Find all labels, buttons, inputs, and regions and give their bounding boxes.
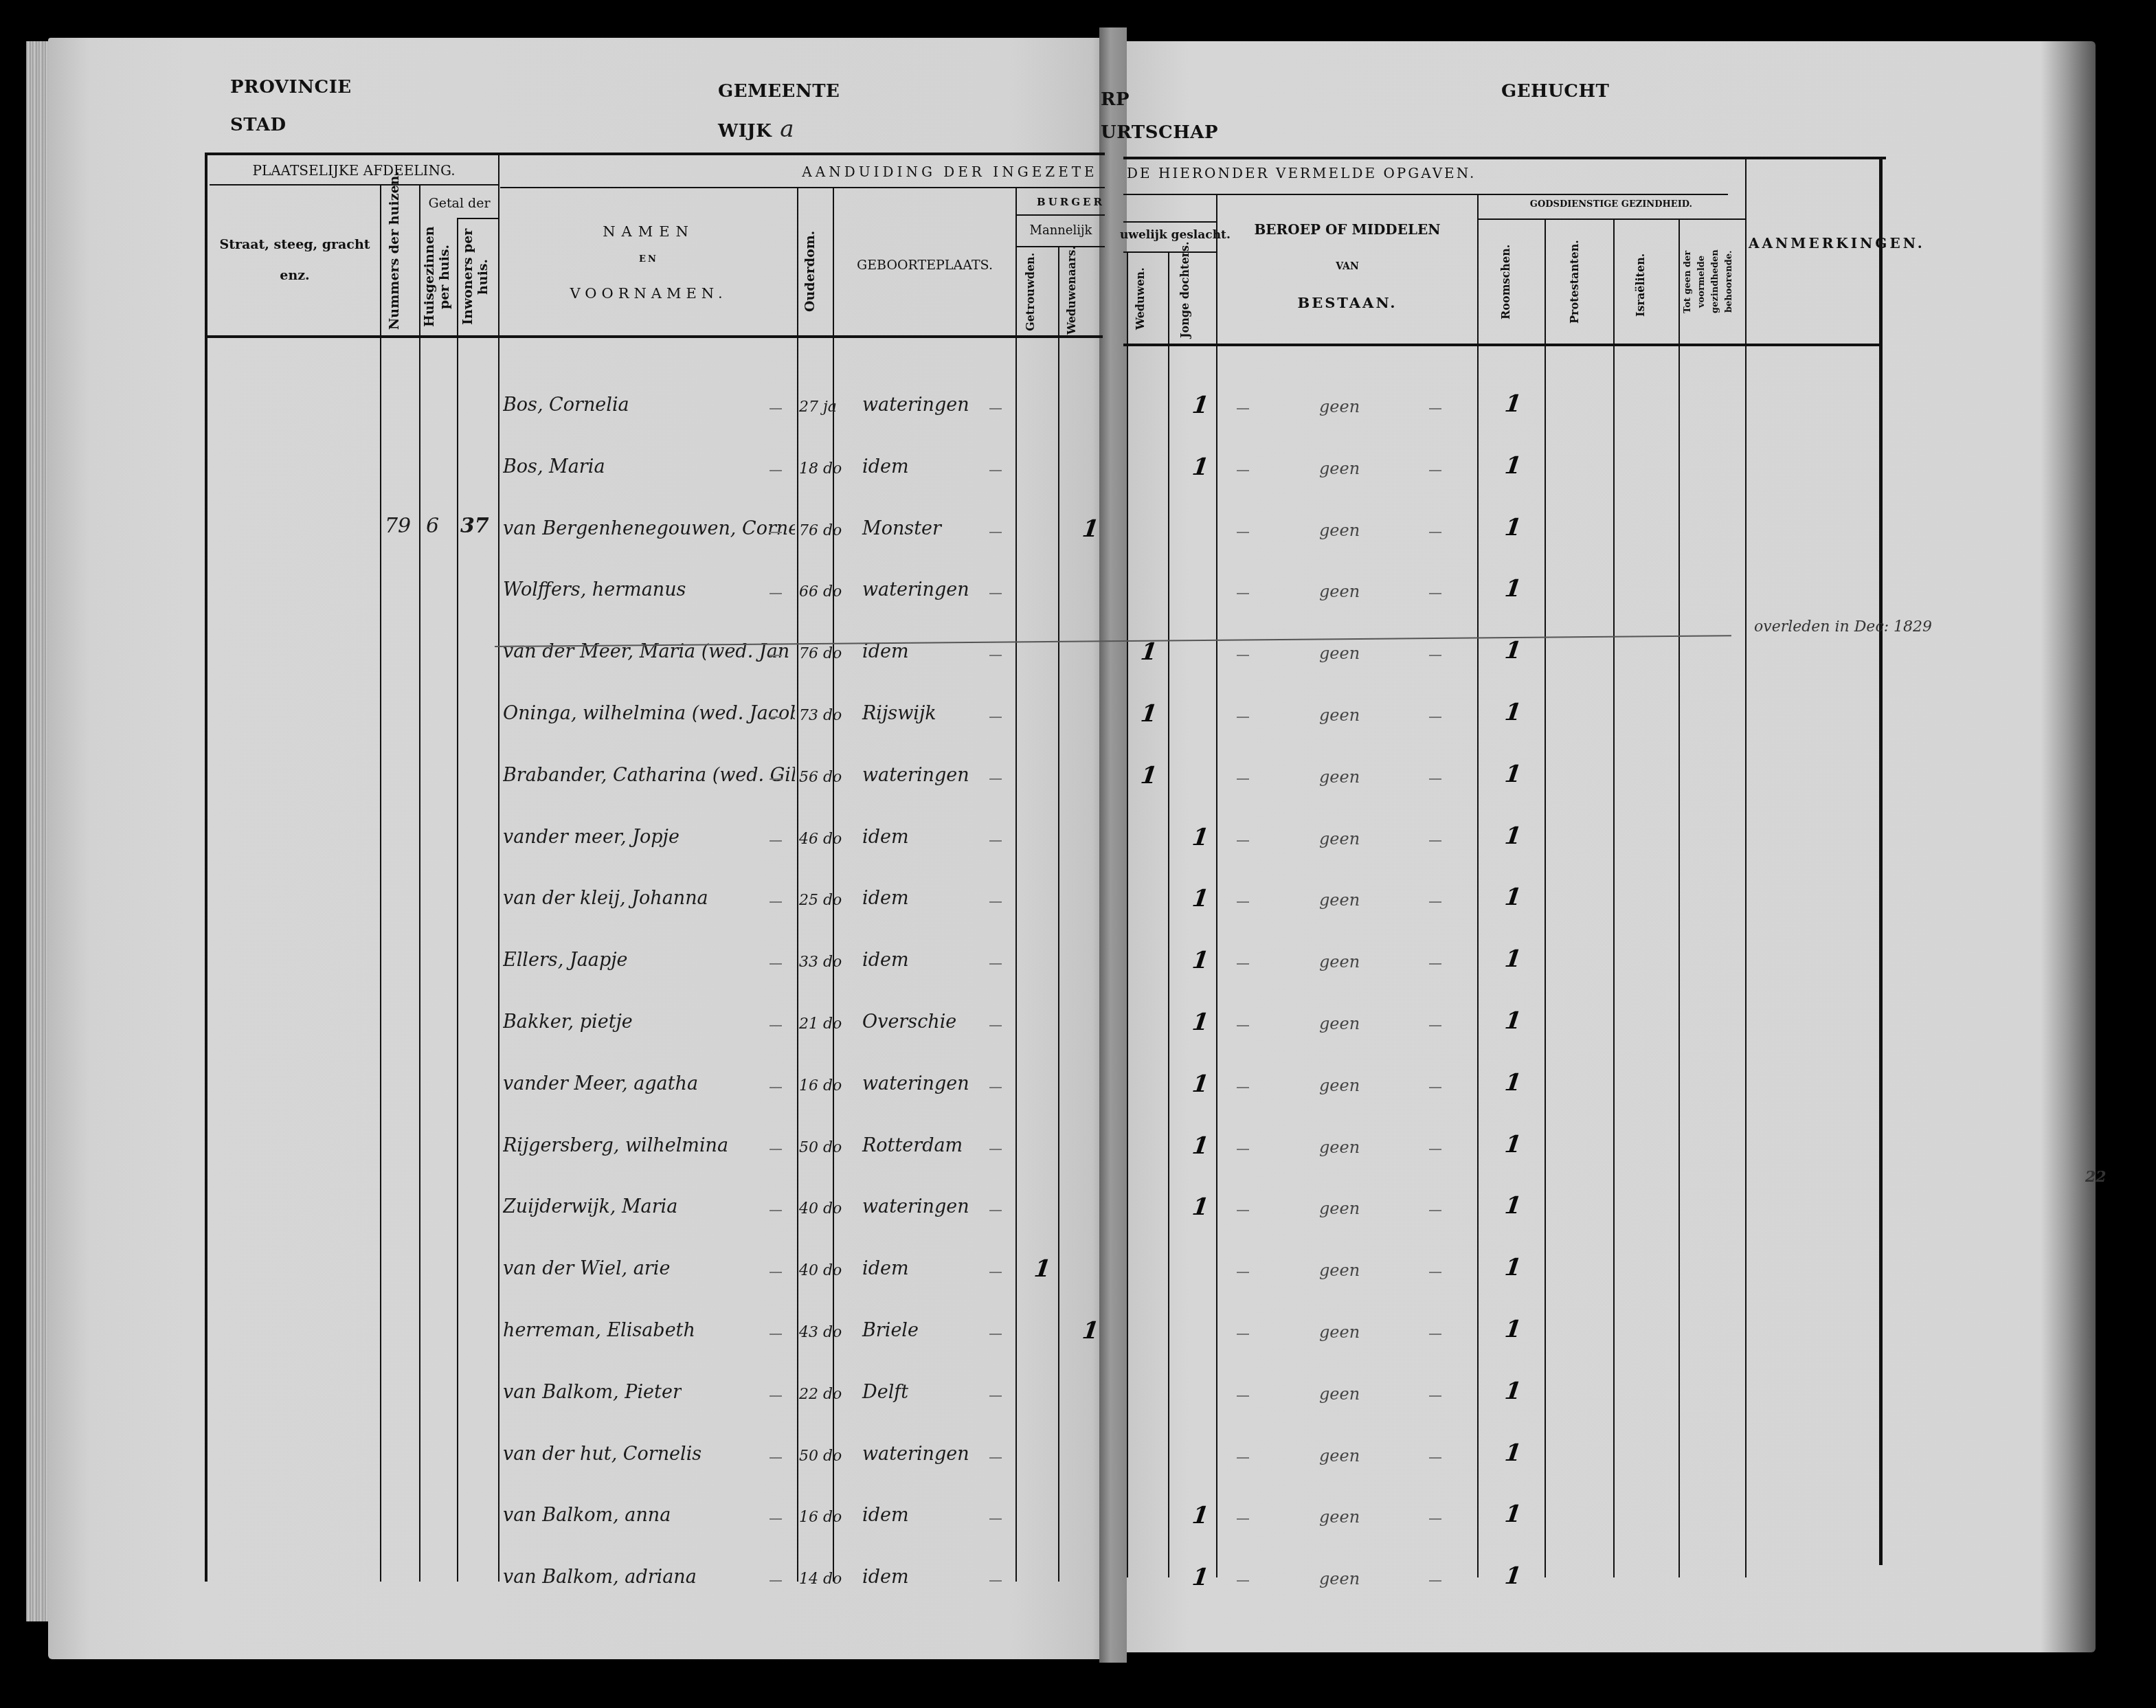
row-age: 66 do	[799, 583, 842, 600]
row-name: Bakker, pietje	[503, 1011, 633, 1033]
header-getal-der: Getal der	[420, 196, 498, 211]
row-occupation: geen	[1319, 1384, 1360, 1404]
row-birthplace: wateringen	[862, 579, 969, 600]
header-bottom-border-left	[206, 335, 1103, 338]
row-birthplace: wateringen	[862, 1196, 969, 1217]
filler-dash	[1429, 532, 1441, 533]
row-occupation: geen	[1319, 829, 1360, 849]
filler-dash	[770, 1457, 782, 1459]
header-burgerlijke-staat: BURGER	[1017, 196, 1105, 208]
header-weduwen: Weduwen.	[1134, 261, 1158, 337]
filler-dash	[989, 655, 1002, 656]
row-name: Rijgersberg, wilhelmina	[503, 1135, 728, 1156]
filler-dash	[770, 532, 782, 533]
row-occupation: geen	[1319, 1507, 1360, 1527]
filler-dash	[770, 901, 782, 903]
row-name: van Bergenhenegouwen, Cornelis	[503, 518, 795, 539]
row-birthplace: wateringen	[862, 765, 969, 786]
afdeeling-divider	[210, 184, 498, 186]
stad-label: STAD	[230, 115, 286, 135]
row-name: vander Meer, agatha	[503, 1073, 698, 1094]
header-beroep-2: VAN	[1217, 261, 1477, 272]
row-occupation: geen	[1319, 582, 1360, 601]
row-age: 33 do	[799, 954, 842, 971]
filler-dash	[989, 470, 1002, 471]
filler-dash	[989, 778, 1002, 780]
filler-dash	[989, 532, 1002, 533]
filler-dash	[1429, 593, 1441, 594]
col-line-israelieten	[1613, 218, 1615, 1577]
book-spine-gutter	[1099, 27, 1127, 1663]
house-number: 79	[385, 514, 411, 538]
row-age: 16 do	[799, 1509, 842, 1526]
row-age: 56 do	[799, 769, 842, 786]
header-israelieten: Israëliten.	[1634, 240, 1659, 330]
remark-deceased: overleden in Dec: 1829	[1754, 618, 1932, 636]
row-birthplace: idem	[862, 888, 909, 909]
filler-dash	[770, 655, 782, 656]
row-name: Bos, Cornelia	[503, 394, 629, 416]
col-line-aanmerkingen	[1745, 157, 1747, 1577]
getal-der-divider	[458, 218, 498, 219]
aanduiding-divider-left	[500, 187, 1105, 188]
row-occupation: geen	[1319, 1323, 1360, 1342]
row-occupation: geen	[1319, 1261, 1360, 1280]
row-age: 50 do	[799, 1139, 842, 1156]
row-age: 50 do	[799, 1448, 842, 1465]
row-occupation: geen	[1319, 397, 1360, 416]
col-line-weduwen	[1127, 251, 1128, 1577]
col-line-protestanten	[1545, 218, 1546, 1577]
header-geboorteplaats: GEBOORTEPLAATS.	[835, 258, 1015, 273]
filler-dash	[1429, 840, 1441, 842]
filler-dash	[1429, 1395, 1441, 1397]
filler-dash	[1429, 1210, 1441, 1211]
margin-mark: 22	[2085, 1168, 2107, 1186]
filler-dash	[1429, 1149, 1441, 1150]
filler-dash	[1237, 1580, 1249, 1582]
filler-dash	[1429, 1272, 1441, 1273]
row-birthplace: Overschie	[862, 1011, 956, 1033]
filler-dash	[1237, 901, 1249, 903]
col-line-getrouwden	[1015, 187, 1017, 1582]
right-page	[1106, 41, 2096, 1652]
row-birthplace: idem	[862, 1566, 909, 1588]
filler-dash	[770, 1334, 782, 1335]
header-jonge-dochters: Jonge dochters.	[1178, 256, 1203, 338]
row-occupation: geen	[1319, 767, 1360, 787]
row-name: Wolffers, hermanus	[503, 579, 686, 600]
row-birthplace: idem	[862, 1505, 909, 1526]
filler-dash	[770, 1210, 782, 1211]
filler-dash	[770, 593, 782, 594]
row-occupation: geen	[1319, 1446, 1360, 1465]
filler-dash	[1237, 778, 1249, 780]
filler-dash	[989, 1334, 1002, 1335]
row-name: Oninga, wilhelmina (wed. Jacob van Rijn)	[503, 703, 795, 724]
row-name: Bos, Maria	[503, 456, 605, 477]
filler-dash	[1237, 1025, 1249, 1026]
filler-dash	[989, 1272, 1002, 1273]
row-birthplace: Briele	[862, 1320, 919, 1341]
row-occupation: geen	[1319, 706, 1360, 725]
wijk-field: WIJKa	[718, 115, 794, 143]
row-name: Brabander, Catharina (wed. Gillis van de…	[503, 765, 795, 786]
row-name: herreman, Elisabeth	[503, 1320, 695, 1341]
filler-dash	[1429, 1025, 1441, 1026]
row-occupation: geen	[1319, 521, 1360, 540]
filler-dash	[1429, 717, 1441, 718]
filler-dash	[770, 1025, 782, 1026]
filler-dash	[989, 1580, 1002, 1582]
row-name: vander meer, Jopje	[503, 827, 680, 848]
filler-dash	[1237, 593, 1249, 594]
row-birthplace: idem	[862, 949, 909, 971]
filler-dash	[1429, 963, 1441, 965]
header-mannelijk: Mannelijk	[1017, 223, 1105, 238]
row-age: 76 do	[799, 645, 842, 662]
header-getrouwden: Getrouwden.	[1024, 256, 1048, 331]
header-beroep-3: BESTAAN.	[1217, 294, 1477, 311]
filler-dash	[1429, 1518, 1441, 1520]
row-birthplace: wateringen	[862, 394, 969, 416]
resident-count: 37	[460, 514, 489, 538]
col-line-beroep	[1216, 194, 1217, 1577]
col-line-huisgezinnen	[419, 184, 420, 1582]
vrouwelijk-divider	[1123, 251, 1216, 253]
row-occupation: geen	[1319, 952, 1360, 971]
col-line-nummers	[380, 184, 381, 1582]
row-birthplace: Rijswijk	[862, 703, 936, 724]
filler-dash	[1429, 1580, 1441, 1582]
header-beroep-1: BEROEP OF MIDDELEN	[1217, 221, 1477, 238]
filler-dash	[770, 1272, 782, 1273]
filler-dash	[989, 840, 1002, 842]
filler-dash	[1429, 1087, 1441, 1088]
filler-dash	[1237, 470, 1249, 471]
row-age: 43 do	[799, 1324, 842, 1341]
header-ouderdom: Ouderdom.	[802, 227, 827, 316]
row-occupation: geen	[1319, 1199, 1360, 1218]
row-name: Ellers, Jaapje	[503, 949, 628, 971]
filler-dash	[770, 717, 782, 718]
filler-dash	[770, 408, 782, 409]
aanduiding-divider-right	[1123, 194, 1728, 195]
row-age: 14 do	[799, 1571, 842, 1588]
filler-dash	[1237, 1518, 1249, 1520]
row-birthplace: Delft	[862, 1382, 908, 1403]
col-line-namen	[498, 153, 499, 1582]
header-roomschen: Roomschen.	[1499, 234, 1524, 330]
filler-dash	[1237, 655, 1249, 656]
row-birthplace: idem	[862, 827, 909, 848]
mannelijk-divider	[1017, 246, 1105, 247]
header-nummers-der-huizen: Nummers der huizen.	[387, 192, 412, 330]
col-line-jonge-dochters	[1168, 251, 1169, 1577]
header-namen: NAMEN	[500, 223, 797, 240]
filler-dash	[1429, 470, 1441, 471]
row-name: van der hut, Cornelis	[503, 1443, 701, 1465]
filler-dash	[770, 1395, 782, 1397]
header-aanduiding-right: DE HIERONDER VERMELDE OPGAVEN.	[1127, 165, 1525, 181]
row-age: 73 do	[799, 707, 842, 724]
row-name: van Balkom, adriana	[503, 1566, 697, 1588]
row-birthplace: idem	[862, 456, 909, 477]
row-age: 27 ja	[799, 398, 837, 416]
gemeente-label: GEMEENTE	[718, 81, 840, 102]
row-age: 40 do	[799, 1200, 842, 1217]
filler-dash	[770, 1580, 782, 1582]
wijk-value: a	[780, 115, 794, 143]
filler-dash	[770, 840, 782, 842]
col-line-geboorteplaats	[833, 187, 834, 1582]
row-age: 76 do	[799, 522, 842, 539]
filler-dash	[989, 717, 1002, 718]
header-plaatselijke-afdeeling: PLAATSELIJKE AFDEELING.	[210, 162, 498, 179]
filler-dash	[1237, 1334, 1249, 1335]
row-age: 16 do	[799, 1077, 842, 1094]
filler-dash	[989, 593, 1002, 594]
row-occupation: geen	[1319, 644, 1360, 663]
row-name: van der Wiel, arie	[503, 1258, 670, 1279]
filler-dash	[989, 1025, 1002, 1026]
filler-dash	[1237, 963, 1249, 965]
burgerlijke-divider-left	[1017, 214, 1105, 216]
row-occupation: geen	[1319, 1569, 1360, 1588]
filler-dash	[989, 1149, 1002, 1150]
header-protestanten: Protestanten.	[1568, 234, 1593, 330]
table-top-border-right	[1123, 157, 1886, 159]
filler-dash	[770, 778, 782, 780]
filler-dash	[1237, 408, 1249, 409]
header-godsdienstige-gezindheid: GODSDIENSTIGE GEZINDHEID.	[1477, 199, 1745, 210]
row-age: 18 do	[799, 460, 842, 477]
godsdienst-divider	[1477, 218, 1745, 220]
row-name: van Balkom, Pieter	[503, 1382, 682, 1403]
provincie-label: PROVINCIE	[230, 77, 352, 98]
header-vrouwelijk-geslacht: uwelijk geslacht.	[1120, 228, 1216, 242]
col-line-weduwenaars	[1058, 246, 1059, 1582]
row-occupation: geen	[1319, 890, 1360, 910]
row-name: van Balkom, anna	[503, 1505, 671, 1526]
filler-dash	[1429, 655, 1441, 656]
row-birthplace: wateringen	[862, 1443, 969, 1465]
header-aanduiding-left: AANDUIDING DER INGEZETE	[797, 164, 1103, 180]
filler-dash	[1237, 1210, 1249, 1211]
filler-dash	[1429, 408, 1441, 409]
header-enz: enz.	[210, 268, 380, 283]
table-top-border-left	[205, 153, 1105, 155]
filler-dash	[770, 1087, 782, 1088]
col-line-roomschen	[1477, 194, 1479, 1577]
row-age: 40 do	[799, 1262, 842, 1279]
row-birthplace: Monster	[862, 518, 941, 539]
col-line-ouderdom	[797, 187, 798, 1582]
filler-dash	[1237, 717, 1249, 718]
filler-dash	[989, 1457, 1002, 1459]
gehucht-label: GEHUCHT	[1501, 81, 1609, 102]
filler-dash	[989, 1518, 1002, 1520]
row-age: 22 do	[799, 1386, 842, 1403]
header-aanmerkingen: AANMERKINGEN.	[1749, 235, 1879, 251]
filler-dash	[770, 963, 782, 965]
header-straat: Straat, steeg, gracht	[210, 237, 380, 252]
buurtschap-label-fragment: URTSCHAP	[1101, 122, 1218, 143]
filler-dash	[770, 1518, 782, 1520]
filler-dash	[989, 963, 1002, 965]
filler-dash	[1237, 1395, 1249, 1397]
dorp-label-fragment: RP	[1101, 89, 1130, 110]
header-weduwenaars: Weduwenaars.	[1065, 256, 1090, 335]
header-en: EN	[500, 254, 797, 265]
row-age: 21 do	[799, 1015, 842, 1033]
row-age: 46 do	[799, 831, 842, 848]
row-birthplace: Rotterdam	[862, 1135, 963, 1156]
table-right-border	[1879, 157, 1883, 1565]
filler-dash	[1237, 1087, 1249, 1088]
wijk-label: WIJK	[718, 121, 772, 142]
row-occupation: geen	[1319, 459, 1360, 478]
filler-dash	[770, 1149, 782, 1150]
row-occupation: geen	[1319, 1014, 1360, 1033]
row-birthplace: idem	[862, 1258, 909, 1279]
header-voornamen: VOORNAMEN.	[500, 285, 797, 302]
filler-dash	[1237, 1149, 1249, 1150]
row-name: van der kleij, Johanna	[503, 888, 708, 909]
header-inwoners: Inwoners per huis.	[460, 225, 493, 328]
filler-dash	[1429, 1457, 1441, 1459]
filler-dash	[1237, 1272, 1249, 1273]
row-occupation: geen	[1319, 1076, 1360, 1095]
filler-dash	[1429, 901, 1441, 903]
col-line-tot-geen	[1678, 218, 1680, 1577]
filler-dash	[1429, 1334, 1441, 1335]
filler-dash	[989, 408, 1002, 409]
table-left-border	[205, 153, 207, 1582]
col-line-inwoners	[457, 218, 458, 1582]
row-birthplace: wateringen	[862, 1073, 969, 1094]
filler-dash	[770, 470, 782, 471]
burgerlijke-divider-right	[1123, 221, 1216, 223]
filler-dash	[989, 1210, 1002, 1211]
filler-dash	[989, 1395, 1002, 1397]
filler-dash	[989, 1087, 1002, 1088]
header-tot-geen: Tot geen der voormelde gezindheden behoo…	[1681, 227, 1743, 337]
row-birthplace: idem	[862, 641, 909, 662]
filler-dash	[989, 901, 1002, 903]
header-huisgezinnen: Huisgezinnen per huis.	[422, 225, 455, 328]
filler-dash	[1237, 840, 1249, 842]
filler-dash	[1237, 532, 1249, 533]
row-age: 25 do	[799, 892, 842, 909]
row-name: Zuijderwijk, Maria	[503, 1196, 677, 1217]
filler-dash	[1429, 778, 1441, 780]
filler-dash	[1237, 1457, 1249, 1459]
header-bottom-border-right	[1123, 344, 1879, 346]
row-occupation: geen	[1319, 1138, 1360, 1157]
household-count: 6	[426, 514, 439, 538]
